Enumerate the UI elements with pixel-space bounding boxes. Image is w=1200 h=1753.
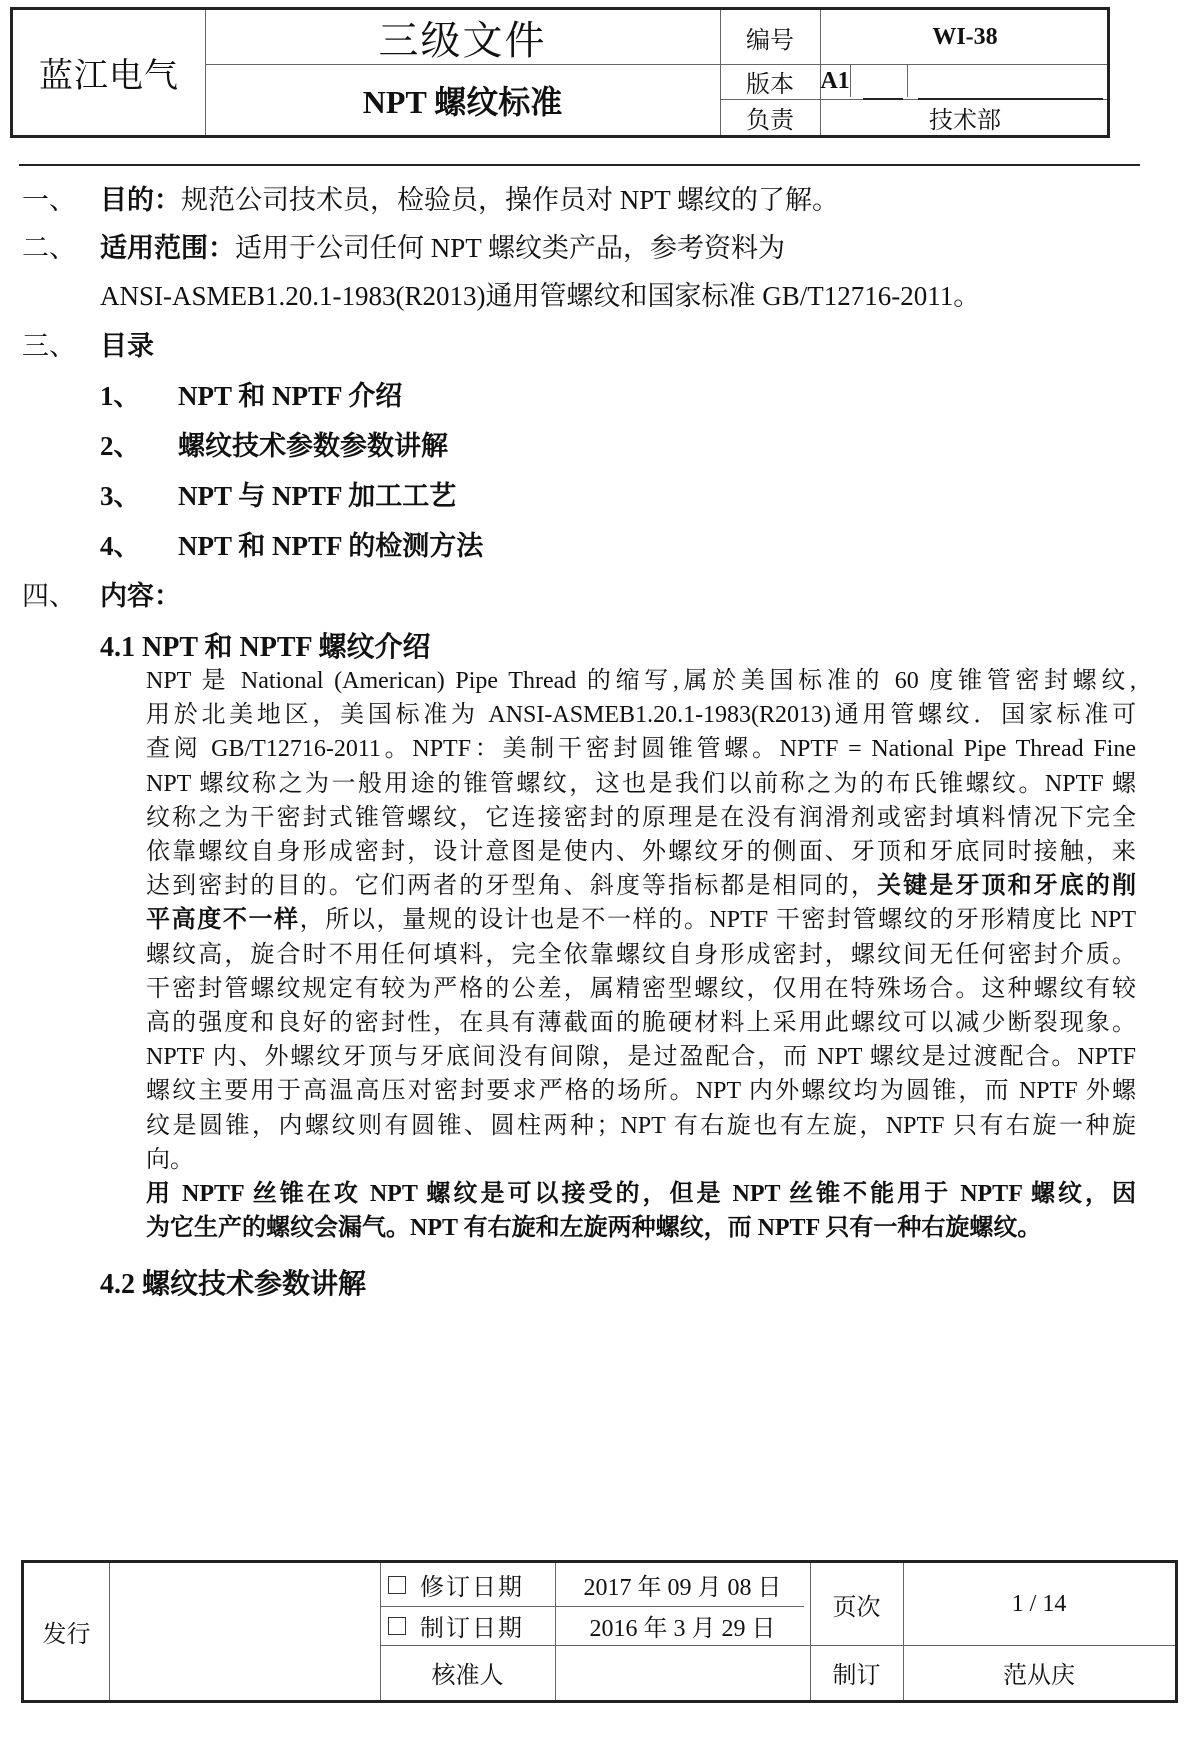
creation-date-checkbox[interactable] xyxy=(388,1617,406,1635)
paragraph-line-emphasis: 用 NPTF 丝锥在攻 NPT 螺纹是可以接受的，但是 NPT 丝锥不能用于 N… xyxy=(146,1177,1136,1211)
author-name: 范从庆 xyxy=(903,1645,1175,1700)
section-text: 适用于公司任何 NPT 螺纹类产品，参考资料为 xyxy=(235,233,785,263)
revision-date-checkbox[interactable] xyxy=(388,1576,406,1594)
subsection-heading-4-2: 4.2 螺纹技术参数讲解 xyxy=(100,1262,366,1302)
page-label: 页次 xyxy=(810,1563,903,1645)
header-rule xyxy=(19,164,1140,166)
creation-date-value: 2016 年 3 月 29 日 xyxy=(555,1606,810,1645)
approver-value xyxy=(555,1645,810,1700)
revision-date-value: 2017 年 09 月 08 日 xyxy=(555,1563,810,1606)
emphasis-run: 平高度不一样 xyxy=(146,907,300,933)
approver-label: 核准人 xyxy=(380,1645,555,1700)
paragraph-line-emphasis: 为它生产的螺纹会漏气。NPT 有右旋和左旋两种螺纹，而 NPTF 只有一种右旋螺… xyxy=(146,1211,1136,1245)
divider xyxy=(850,64,851,97)
issue-value xyxy=(109,1563,380,1700)
owner-department: 技术部 xyxy=(820,99,1110,135)
version-value: A1 xyxy=(820,64,850,99)
paragraph-line: 纹是圆锥，内螺纹则有圆锥、圆柱两种；NPT 有右旋也有左旋，NPTF 只有右旋一… xyxy=(146,1109,1136,1143)
number-label: 编号 xyxy=(720,10,820,64)
section-label: 内容： xyxy=(100,574,181,613)
revision-date-label: 修订日期 xyxy=(420,1567,524,1602)
company-name: 蓝江电气 xyxy=(13,10,205,135)
toc-item-text: NPT 与 NPTF 加工工艺 xyxy=(178,474,456,513)
section-number: 二、 xyxy=(22,226,76,265)
paragraph-line: 螺纹主要用于高温高压对密封要求严格的场所。NPT 内外螺纹均为圆锥，而 NPTF… xyxy=(146,1074,1136,1108)
toc-item-number: 3、 xyxy=(100,474,141,513)
section-number: 三、 xyxy=(22,324,76,363)
paragraph-line: 高的强度和良好的密封性，在具有薄截面的脆硬材料上采用此螺纹可以减少断裂现象。 xyxy=(146,1006,1136,1040)
toc-item-number: 2、 xyxy=(100,424,141,463)
section-label: 适用范围： xyxy=(100,233,235,263)
issue-label: 发行 xyxy=(24,1563,109,1700)
document-footer-table: 发行 修订日期 2017 年 09 月 08 日 制订日期 2016 年 3 月… xyxy=(21,1560,1178,1703)
paragraph-line: 查阅 GB/T12716-2011。NPTF：美制干密封圆锥管螺。NPTF = … xyxy=(146,732,1136,766)
toc-item-text: NPT 和 NPTF 的检测方法 xyxy=(178,524,483,563)
paragraph-line: 用於北美地区，美国标准为 ANSI-ASMEB1.20.1-1983(R2013… xyxy=(146,698,1136,732)
section-number: 一、 xyxy=(22,178,76,217)
document-number: WI-38 xyxy=(820,10,1110,64)
divider xyxy=(907,64,908,97)
creation-date-row[interactable]: 制订日期 xyxy=(380,1606,555,1645)
section-label: 目的： xyxy=(100,185,181,215)
paragraph-line: 干密封管螺纹规定有较为严格的公差，属精密型螺纹，仅用在特殊场合。这种螺纹有较 xyxy=(146,972,1136,1006)
toc-item-text: 螺纹技术参数参数讲解 xyxy=(178,424,448,463)
paragraph-line: 向。 xyxy=(146,1143,1136,1177)
paragraph-line: 达到密封的目的。它们两者的牙型角、斜度等指标都是相同的，关键是牙顶和牙底的削 xyxy=(146,869,1136,903)
revision-date-row[interactable]: 修订日期 xyxy=(380,1563,555,1606)
section-label: 目录 xyxy=(100,324,154,363)
paragraph-line: 依靠螺纹自身形成密封，设计意图是使内、外螺纹牙的侧面、牙顶和牙底同时接触，来 xyxy=(146,835,1136,869)
paragraph-line: 平高度不一样，所以，量规的设计也是不一样的。NPTF 干密封管螺纹的牙形精度比 … xyxy=(146,903,1136,937)
paragraph-line: 纹称之为干密封式锥管螺纹，它连接密封的原理是在没有润滑剂或密封填料情况下完全 xyxy=(146,801,1136,835)
paragraph-line: NPT 螺纹称之为一般用途的锥管螺纹，这也是我们以前称之为的布氏锥螺纹。NPTF… xyxy=(146,767,1136,801)
text-run: ，所以，量规的设计也是不一样的。NPTF 干密封管螺纹的牙形精度比 NPT xyxy=(300,907,1136,933)
subsection-4-1-body: NPT 是 National (American) Pipe Thread 的缩… xyxy=(146,664,1136,1245)
toc-item-text: NPT 和 NPTF 介绍 xyxy=(178,374,402,413)
document-title: NPT 螺纹标准 xyxy=(205,64,720,135)
subsection-heading-4-1: 4.1 NPT 和 NPTF 螺纹介绍 xyxy=(100,625,431,665)
paragraph-line: NPTF 内、外螺纹牙顶与牙底间没有间隙，是过盈配合，而 NPT 螺纹是过渡配合… xyxy=(146,1040,1136,1074)
document-level: 三级文件 xyxy=(205,10,720,64)
document-header-table: 蓝江电气 三级文件 NPT 螺纹标准 编号 WI-38 版本 A1 负责 技术部 xyxy=(10,7,1110,138)
page-number: 1 / 14 xyxy=(903,1563,1175,1645)
section-text: 规范公司技术员，检验员，操作员对 NPT 螺纹的了解。 xyxy=(181,185,839,215)
creation-date-label: 制订日期 xyxy=(420,1608,524,1643)
emphasis-run: 关键是牙顶和牙底的削 xyxy=(877,873,1136,899)
toc-item-number: 4、 xyxy=(100,524,141,563)
paragraph-line: 螺纹高，旋合时不用任何填料，完全依靠螺纹自身形成密封，螺纹间无任何密封介质。 xyxy=(146,938,1136,972)
section-number: 四、 xyxy=(22,574,76,613)
text-run: 达到密封的目的。它们两者的牙型角、斜度等指标都是相同的， xyxy=(146,873,877,899)
section-text: ANSI-ASMEB1.20.1-1983(R2013)通用管螺纹和国家标准 G… xyxy=(100,274,980,313)
owner-label: 负责 xyxy=(720,99,820,135)
paragraph-line: NPT 是 National (American) Pipe Thread 的缩… xyxy=(146,664,1136,698)
author-label: 制订 xyxy=(810,1645,903,1700)
toc-item-number: 1、 xyxy=(100,374,141,413)
version-label: 版本 xyxy=(720,64,820,99)
